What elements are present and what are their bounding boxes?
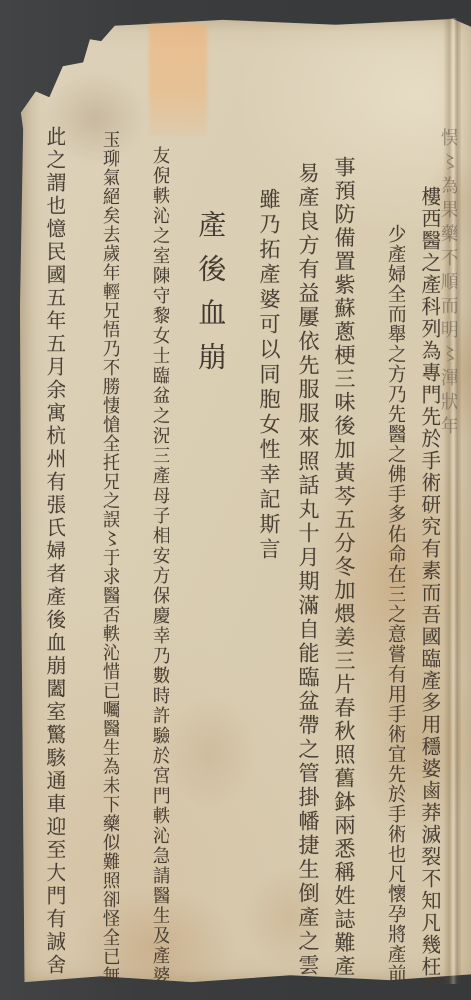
text-column-5: 易產良方有益屢依先服服來照話丸十月期滿自能臨盆帶之管掛幡捷生倒產之雲 (297, 162, 319, 986)
stain (245, 868, 335, 968)
text-column-9: 此之謂也憶民國五年五月余寓杭州有張氏婦者產後血崩闔室驚駭通車迎至大門有誠舍 (44, 126, 65, 988)
section-title: 產後血崩 (196, 210, 225, 405)
sticker-residue (149, 24, 207, 136)
text-column-2: 樓西醫之產科列為專門先於手術研究有素而吾國臨產多用穩婆鹵莽滅裂不知凡幾枉死 (419, 186, 440, 986)
text-column-1-partial: 悮〻為果藥不順而明〻渾狀年 (438, 128, 457, 568)
text-column-4: 事預防備置紫蘇蔥梗三味後加黃芩五分冬加煨姜三片春秋照舊鉢兩悉稱姓誌難產 (333, 156, 355, 986)
text-column-8: 玉珋氣絕矣去歲年輕兄悟乃不勝悽愴全托兄之誤〻于求醫否軼沁惜已囑醫生為未下藥似難照… (100, 130, 119, 992)
photo-background: 悮〻為果藥不順而明〻渾狀年 樓西醫之產科列為專門先於手術研究有素而吾國臨產多用穩… (0, 0, 471, 1000)
text-column-7: 友倪軼沁之室陳守黎女士臨盆之況三產母子相安方保慶幸乃數時許驗於宮門軼沁急請醫生及… (150, 146, 169, 992)
text-column-3: 少產婦全而舉之方乃先醫之佛手多佑命在三之意嘗有用手術宜先於手術也凡懷孕將產前 (385, 224, 405, 986)
text-column-6: 雖乃拓產婆可以同胞女性幸記斯言 (258, 188, 280, 568)
stain (165, 698, 255, 808)
